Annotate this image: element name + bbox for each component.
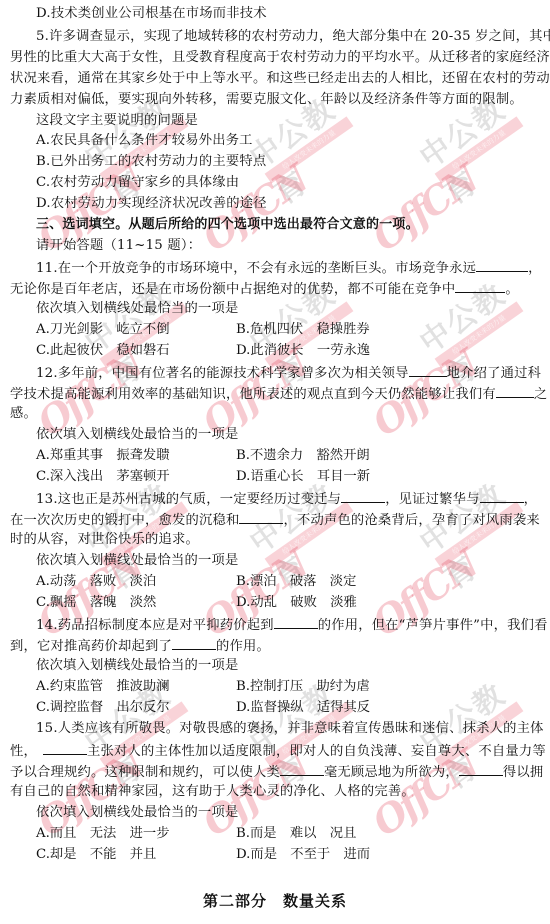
- q13-option-c: C.飘摇 落魄 淡然: [36, 593, 156, 613]
- q5-option-d: D.农村劳动力实现经济状况改善的途径: [36, 194, 550, 214]
- q11-blank-2: [455, 278, 505, 293]
- q15-option-d: D.而是 不至于 进而: [236, 845, 370, 865]
- q11-text: ，: [528, 261, 542, 276]
- q15-text: 主张对人的主体性加以适度限制，即对人的自负浅薄、妄自尊大、不自量力等: [87, 744, 546, 759]
- q12-prompt: 依次填入划横线处最恰当的一项是: [36, 425, 550, 445]
- q14-text: 的作用，但在“芦笋片事件”中，我们看: [318, 618, 548, 633]
- q14-prompt: 依次填入划横线处最恰当的一项是: [36, 656, 550, 676]
- q14-option-b: B.控制打压 助纣为虐: [236, 677, 370, 697]
- q5-stem-line-3: 状况来看，通常在其家乡处于中上等水平。和这些已经走出去的人相比，还留在农村的劳动: [10, 69, 540, 89]
- q15-blank-3: [459, 761, 503, 776]
- q5-option-a: A.农民具备什么条件才较易外出务工: [36, 131, 550, 151]
- q14-text: 的作用。: [216, 639, 270, 654]
- q15-stem-line-2: 性，主张对人的主体性加以适度限制，即对人的自负浅薄、妄自尊大、不自量力等: [10, 740, 540, 762]
- q13-text: 在一次次历史的锻打中，愈发的沉稳和: [10, 513, 239, 528]
- q13-text: ，: [524, 492, 538, 507]
- q11-stem-line-2: 无论你是百年老店，还是在市场份额中占据绝对的优势，都不可能在竞争中。: [10, 278, 540, 300]
- q14-option-d: D.监督操纵 适得其反: [236, 698, 370, 718]
- q11-option-b: B.危机四伏 稳操胜券: [236, 320, 370, 340]
- q12-option-d: D.语重心长 耳目一新: [236, 467, 370, 487]
- q5-question: 这段文字主要说明的问题是: [36, 111, 550, 131]
- section-3-intro: 请开始答题（11~15 题）：: [36, 236, 550, 256]
- q13-text: 13.这也正是苏州古城的气质，一定要经历过变迁与: [36, 492, 341, 507]
- q12-text: 之: [534, 387, 548, 402]
- q14-option-c: C.调控监督 出尔反尔: [36, 698, 170, 718]
- q13-blank-1: [341, 488, 385, 503]
- q11-stem-line-1: 11.在一个开放竞争的市场环境中，不会有永远的垄断巨头。市场竞争永远，: [36, 257, 550, 279]
- q14-stem-line-1: 14.药品招标制度本应是对平抑药价起到的作用，但在“芦笋片事件”中，我们看: [36, 614, 550, 636]
- q12-option-b: B.不遗余力 豁然开朗: [236, 446, 370, 466]
- q14-blank-2: [172, 635, 216, 650]
- q15-option-c: C.却是 不能 并且: [36, 845, 156, 865]
- q14-option-a: A.约束监管 推波助澜: [36, 677, 170, 697]
- section-3-heading: 三、选词填空。从题后所给的四个选项中选出最符合文意的一项。: [36, 215, 550, 235]
- q12-option-a: A.郑重其事 振聋发聩: [36, 446, 170, 466]
- q11-blank-1: [476, 257, 528, 272]
- q12-blank-2: [496, 383, 534, 398]
- q13-blank-2: [480, 488, 524, 503]
- q14-text: 14.药品招标制度本应是对平抑药价起到: [36, 618, 274, 633]
- q13-stem-line-3: 时的从容，对世俗快乐的追求。: [10, 530, 540, 550]
- q12-stem-line-1: 12.多年前，中国有位著名的能源技术科学家曾多次为相关领导地介绍了通过科: [36, 362, 550, 384]
- q11-text: 无论你是百年老店，还是在市场份额中占据绝对的优势，都不可能在竞争中: [10, 282, 455, 297]
- q12-text: 12.多年前，中国有位著名的能源技术科学家曾多次为相关领导: [36, 366, 409, 381]
- q13-stem-line-2: 在一次次历史的锻打中，愈发的沉稳和，不动声色的沧桑背后，孕育了对风雨袭来: [10, 509, 540, 531]
- q12-stem-line-2: 学技术提高能源利用效率的基础知识，他所表述的观点直到今天仍然能够让我们有之: [10, 383, 540, 405]
- q12-stem-line-3: 感。: [10, 404, 540, 424]
- q5-stem-line-1: 5.许多调查显示，实现了地域转移的农村劳动力，绝大部分集中在 20-35 岁之间…: [36, 27, 550, 47]
- q11-option-d: D.此消彼长 一劳永逸: [236, 341, 370, 361]
- q15-prompt: 依次填入划横线处最恰当的一项是: [36, 803, 550, 823]
- prev-question-option-d: D.技术类创业公司根基在市场而非技术: [36, 4, 550, 24]
- q13-option-d: D.动乱 破败 淡雅: [236, 593, 357, 613]
- q13-option-b: B.漂泊 破落 淡定: [236, 572, 356, 592]
- q13-stem-line-1: 13.这也正是苏州古城的气质，一定要经历过变迁与，见证过繁华与，: [36, 488, 550, 510]
- q15-stem-line-1: 15.人类应该有所敬畏。对敬畏感的褒扬，并非意味着宣传愚昧和迷信、抹杀人的主体: [36, 719, 550, 739]
- q15-text: 性，: [10, 744, 37, 759]
- q15-option-a: A.而且 无法 进一步: [36, 824, 170, 844]
- q12-option-c: C.深入浅出 茅塞顿开: [36, 467, 170, 487]
- q15-blank-2: [280, 761, 324, 776]
- q5-stem-line-2: 男性的比重大大高于女性，且受教育程度高于农村劳动力的平均水平。从迁移者的家庭经济: [10, 48, 540, 68]
- q13-text: ，见证过繁华与: [385, 492, 479, 507]
- q14-text: 到，它对推高药价却起到了: [10, 639, 172, 654]
- q15-option-b: B.而是 难以 况且: [236, 824, 356, 844]
- q11-prompt: 依次填入划横线处最恰当的一项是: [36, 299, 550, 319]
- q12-blank-1: [409, 362, 447, 377]
- q13-option-a: A.动荡 落败 淡泊: [36, 572, 156, 592]
- q15-text: 毫无顾忌地为所欲为，: [324, 765, 459, 780]
- part-2-title: 第二部分 数量关系: [0, 890, 550, 911]
- q15-text: 予以合理规约。这种限制和规约，可以使人类: [10, 765, 280, 780]
- q5-stem-line-4: 力素质相对偏低，要实现向外转移，需要克服文化、年龄以及经济条件等方面的限制。: [10, 90, 540, 110]
- q11-option-c: C.此起彼伏 稳如磐石: [36, 341, 170, 361]
- q13-text: ，不动声色的沧桑背后，孕育了对风雨袭来: [283, 513, 539, 528]
- q11-text: 11.在一个开放竞争的市场环境中，不会有永远的垄断巨头。市场竞争永远: [36, 261, 476, 276]
- q11-option-a: A.刀光剑影 屹立不倒: [36, 320, 170, 340]
- q12-text: 学技术提高能源利用效率的基础知识，他所表述的观点直到今天仍然能够让我们有: [10, 387, 496, 402]
- q12-text: 地介绍了通过科: [447, 366, 541, 381]
- q15-text: 得以拥: [503, 765, 544, 780]
- q13-blank-3: [239, 509, 283, 524]
- q5-option-b: B.已外出务工的农村劳动力的主要特点: [36, 152, 550, 172]
- q5-option-c: C.农村劳动力留守家乡的具体缘由: [36, 173, 550, 193]
- exam-page: 中公教育 给人改变未来的力量 OffCN 中公教育 给人改变未来的力量 OffC…: [0, 0, 550, 924]
- q15-blank-1: [43, 740, 87, 755]
- q11-text: 。: [505, 282, 519, 297]
- q15-stem-line-3: 予以合理规约。这种限制和规约，可以使人类毫无顾忌地为所欲为，得以拥: [10, 761, 540, 783]
- q14-stem-line-2: 到，它对推高药价却起到了的作用。: [10, 635, 540, 657]
- q14-blank-1: [274, 614, 318, 629]
- q15-stem-line-4: 有自己的自然和精神家园，这有助于人类心灵的净化、人格的完善。: [10, 782, 540, 802]
- q13-prompt: 依次填入划横线处最恰当的一项是: [36, 551, 550, 571]
